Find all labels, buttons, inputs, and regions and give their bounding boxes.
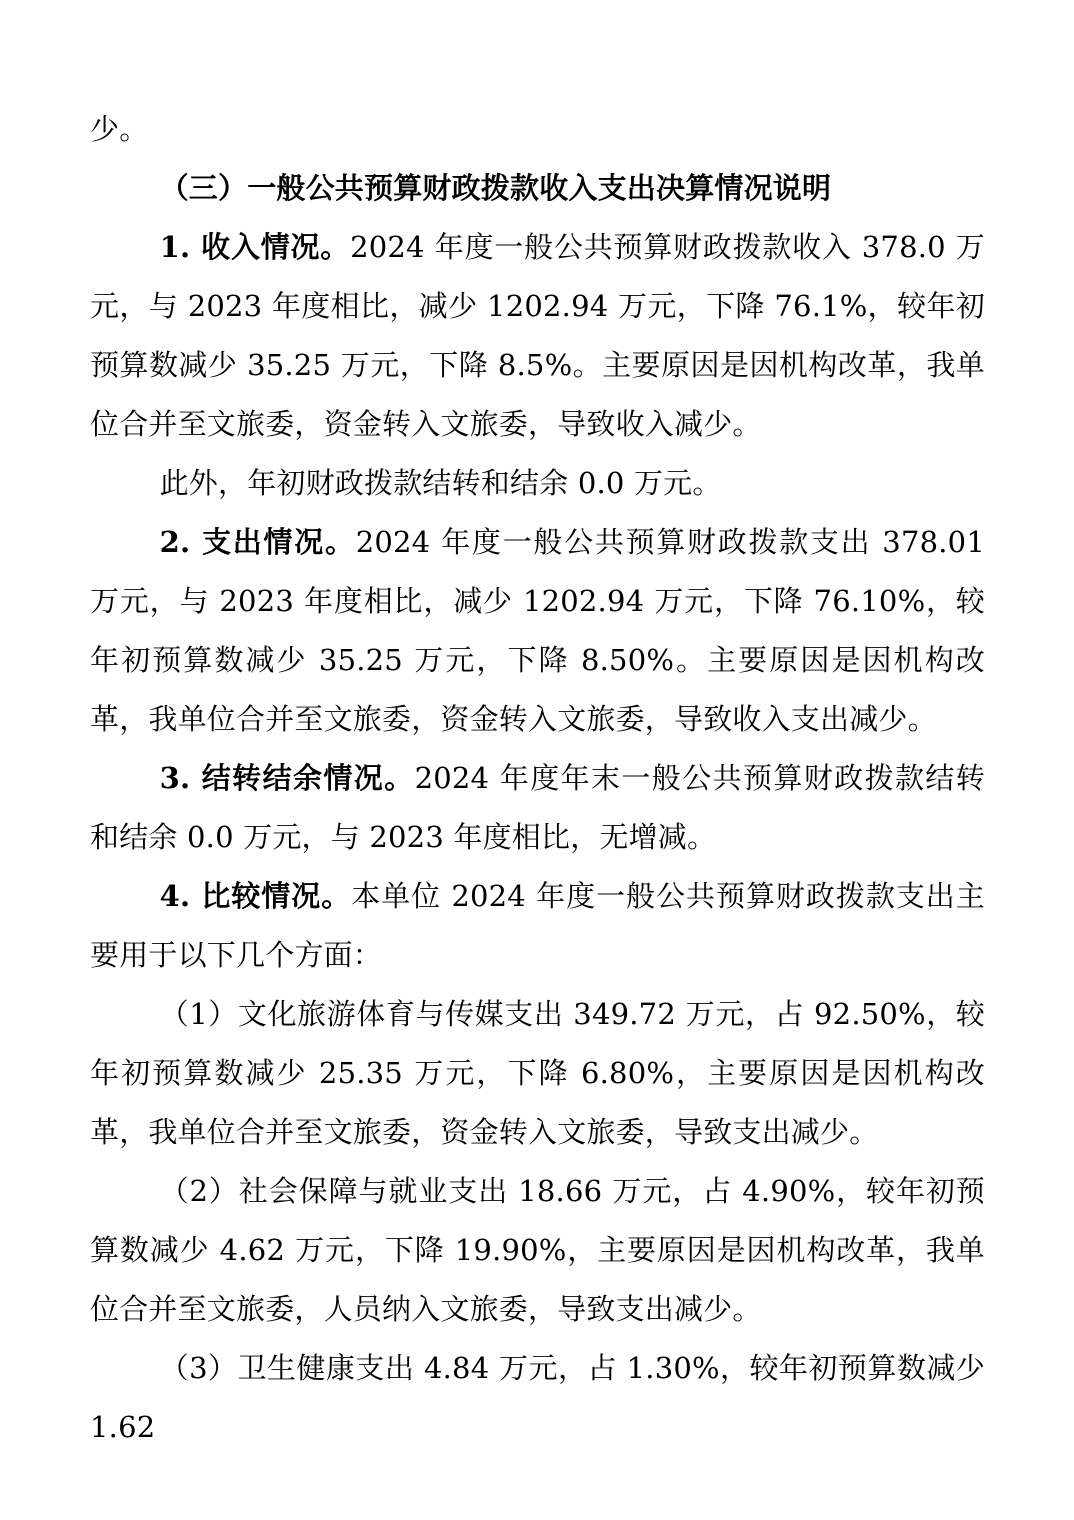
continuation-line: 少。 — [90, 100, 985, 159]
text-run: 此外，年初财政拨款结转和结余 0.0 万元。 — [160, 466, 722, 500]
emphasis-text-run: 4. 比较情况。 — [160, 879, 352, 913]
emphasis-text-run: 3. 结转结余情况。 — [160, 761, 415, 795]
para-income-situation: 1. 收入情况。2024 年度一般公共预算财政拨款收入 378.0 万元，与 2… — [90, 218, 985, 454]
para-item-2-social-security: （2）社会保障与就业支出 18.66 万元，占 4.90%，较年初预算数减少 4… — [90, 1162, 985, 1339]
emphasis-text-run: （三）一般公共预算财政拨款收入支出决算情况说明 — [160, 171, 832, 205]
para-item-1-culture-tourism: （1）文化旅游体育与传媒支出 349.72 万元，占 92.50%，较年初预算数… — [90, 985, 985, 1162]
para-comparison-situation: 4. 比较情况。本单位 2024 年度一般公共预算财政拨款支出主要用于以下几个方… — [90, 867, 985, 985]
emphasis-text-run: 2. 支出情况。 — [160, 525, 356, 559]
text-run: （2）社会保障与就业支出 18.66 万元，占 4.90%，较年初预算数减少 4… — [90, 1174, 985, 1326]
emphasis-text-run: 1. 收入情况。 — [160, 230, 351, 264]
section-heading: （三）一般公共预算财政拨款收入支出决算情况说明 — [90, 159, 985, 218]
document-body: 少。（三）一般公共预算财政拨款收入支出决算情况说明1. 收入情况。2024 年度… — [90, 100, 985, 1457]
para-expenditure-situation: 2. 支出情况。2024 年度一般公共预算财政拨款支出 378.01 万元，与 … — [90, 513, 985, 749]
text-run: （3）卫生健康支出 4.84 万元，占 1.30%，较年初预算数减少 1.62 — [90, 1351, 985, 1444]
para-item-3-health: （3）卫生健康支出 4.84 万元，占 1.30%，较年初预算数减少 1.62 — [90, 1339, 985, 1457]
document-page: 少。（三）一般公共预算财政拨款收入支出决算情况说明1. 收入情况。2024 年度… — [0, 0, 1074, 1520]
para-carryover-note: 此外，年初财政拨款结转和结余 0.0 万元。 — [90, 454, 985, 513]
text-run: 少。 — [90, 112, 148, 146]
text-run: （1）文化旅游体育与传媒支出 349.72 万元，占 92.50%，较年初预算数… — [90, 997, 985, 1149]
para-carryover-balance-situation: 3. 结转结余情况。2024 年度年末一般公共预算财政拨款结转和结余 0.0 万… — [90, 749, 985, 867]
